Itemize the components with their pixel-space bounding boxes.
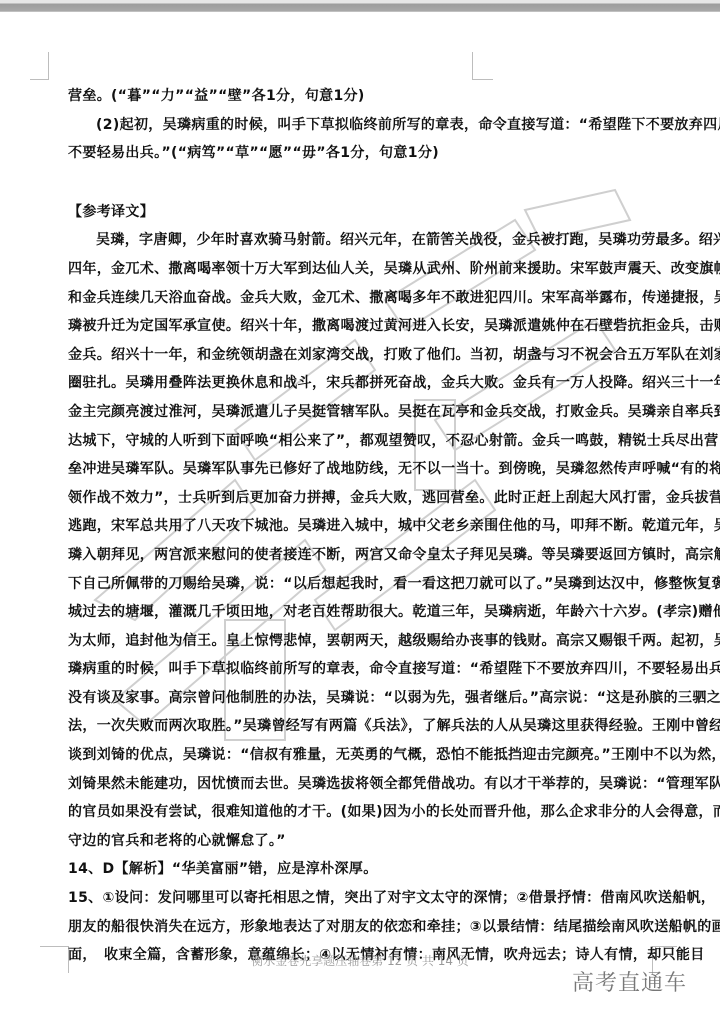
text-line: 没有谈及家事。高宗曾问他制胜的办法，吴璘说：“以弱为先，强者继后。”高宗说：“这… xyxy=(68,684,650,713)
brand-watermark: 高考直通车 xyxy=(572,966,687,997)
text-line: 法，一次失败而两次取胜。”吴璘曾经写有两篇《兵法》，了解兵法的人从吴璘这里获得经… xyxy=(68,712,650,741)
crop-mark-top-left xyxy=(30,52,49,80)
text-line: 的官员如果没有尝试，很难知道他的才干。(如果)因为小的长处而晋升他，那么企求非分… xyxy=(68,798,650,827)
text-line: 圈驻扎。吴璘用叠阵法更换休息和战斗，宋兵都拼死奋战，金兵大败。金兵有一万人投降。… xyxy=(68,369,650,398)
text-line: 璘被升迁为定国军承宣使。绍兴十年，撒离喝渡过黄河进入长安，吴璘派遣姚仲在石壁砦抗… xyxy=(68,312,650,341)
answer-15-line: 15、①设问：发问哪里可以寄托相思之情，突出了对宇文太守的深情；②借景抒情：借南… xyxy=(68,884,650,913)
answer-15-line: 朋友的船很快消失在远方，形象地表达了对朋友的依恋和牵挂；③以景结情：结尾描绘南风… xyxy=(68,913,650,942)
text-line: 城过去的塘堰，灌溉几千顷田地，对老百姓帮助很大。乾道三年，吴璘病逝，年龄六十六岁… xyxy=(68,598,650,627)
text-line: 领作战不效力”，士兵听到后更加奋力拼搏，金兵大败，逃回营垒。此时正赶上刮起大风打… xyxy=(68,484,650,513)
answer-14: 14、D【解析】“华美富丽”错，应是淳朴深厚。 xyxy=(68,855,650,884)
text-line: 逃跑，宋军总共用了八天攻下城池。吴璘进入城中，城中父老乡亲围住他的马，叩拜不断。… xyxy=(68,512,650,541)
text-line: 下自己所佩带的刀赐给吴璘，说：“以后想起我时，看一看这把刀就可以了。”吴璘到达汉… xyxy=(68,570,650,599)
text-line: 璘病重的时候，叫手下草拟临终前所写的章表，命令直接写道：“希望陛下不要放弃四川，… xyxy=(68,655,650,684)
text-line: 守边的官兵和老将的心就懈怠了。” xyxy=(68,827,650,856)
text-line: 达城下，守城的人听到下面呼唤“相公来了”，都观望赞叹，不忍心射箭。金兵一鸣鼓，精… xyxy=(68,427,650,456)
text-line: 金主完颜亮渡过淮河，吴璘派遣儿子吴挺管辖军队。吴挺在瓦亭和金兵交战，打败金兵。吴… xyxy=(68,398,650,427)
text-line: 金兵。绍兴十一年，和金统领胡盏在刘家湾交战，打败了他们。当初，胡盏与习不祝会合五… xyxy=(68,341,650,370)
text-line: 营垒。(“暮”“力”“益”“壁”各1分，句意1分) xyxy=(68,82,650,111)
text-line: (2)起初，吴璘病重的时候，叫手下草拟临终前所写的章表，命令直接写道：“希望陛下… xyxy=(68,111,650,140)
text-line: 不要轻易出兵。”(“病笃”“草”“愿”“毋”各1分，句意1分) xyxy=(68,139,650,168)
viewer-top-bar xyxy=(0,0,720,12)
text-line: 和金兵连续几天浴血奋战。金兵大败，金兀术、撒离喝多年不敢进犯四川。宋军高举露布，… xyxy=(68,284,650,313)
text-line: 垒冲进吴璘军队。吴璘军队事先已修好了战地防线，无不以一当十。到傍晚，吴璘忽然传声… xyxy=(68,455,650,484)
text-line: 刘锜果然未能建功，因忧愤而去世。吴璘选拔将领全都凭借战功。有以才干举荐的，吴璘说… xyxy=(68,770,650,799)
text-line: 四年，金兀术、撒离喝率领十万大军到达仙人关，吴璘从武州、阶州前来援助。宋军鼓声震… xyxy=(68,255,650,284)
spacer xyxy=(68,168,650,198)
crop-mark-top-right xyxy=(472,52,493,80)
text-line: 谈到刘锜的优点，吴璘说：“信叔有雅量，无英勇的气概，恐怕不能抵挡迎击完颜亮。”王… xyxy=(68,741,650,770)
text-line: 璘入朝拜见，两宫派来慰问的使者接连不断，两宫又命令皇太子拜见吴璘。等吴璘要返回方… xyxy=(68,541,650,570)
section-title: 【参考译文】 xyxy=(68,198,650,227)
text-line: 为太师，追封他为信王。皇上惊愕悲悼，罢朝两天，越级赐给办丧事的钱财。高宗又赐银千… xyxy=(68,627,650,656)
text-line: 吴璘，字唐卿，少年时喜欢骑马射箭。绍兴元年，在箭筈关战役，金兵被打跑，吴璘功劳最… xyxy=(68,226,650,255)
document-page: 营垒。(“暮”“力”“益”“壁”各1分，句意1分) (2)起初，吴璘病重的时候，… xyxy=(68,82,650,970)
